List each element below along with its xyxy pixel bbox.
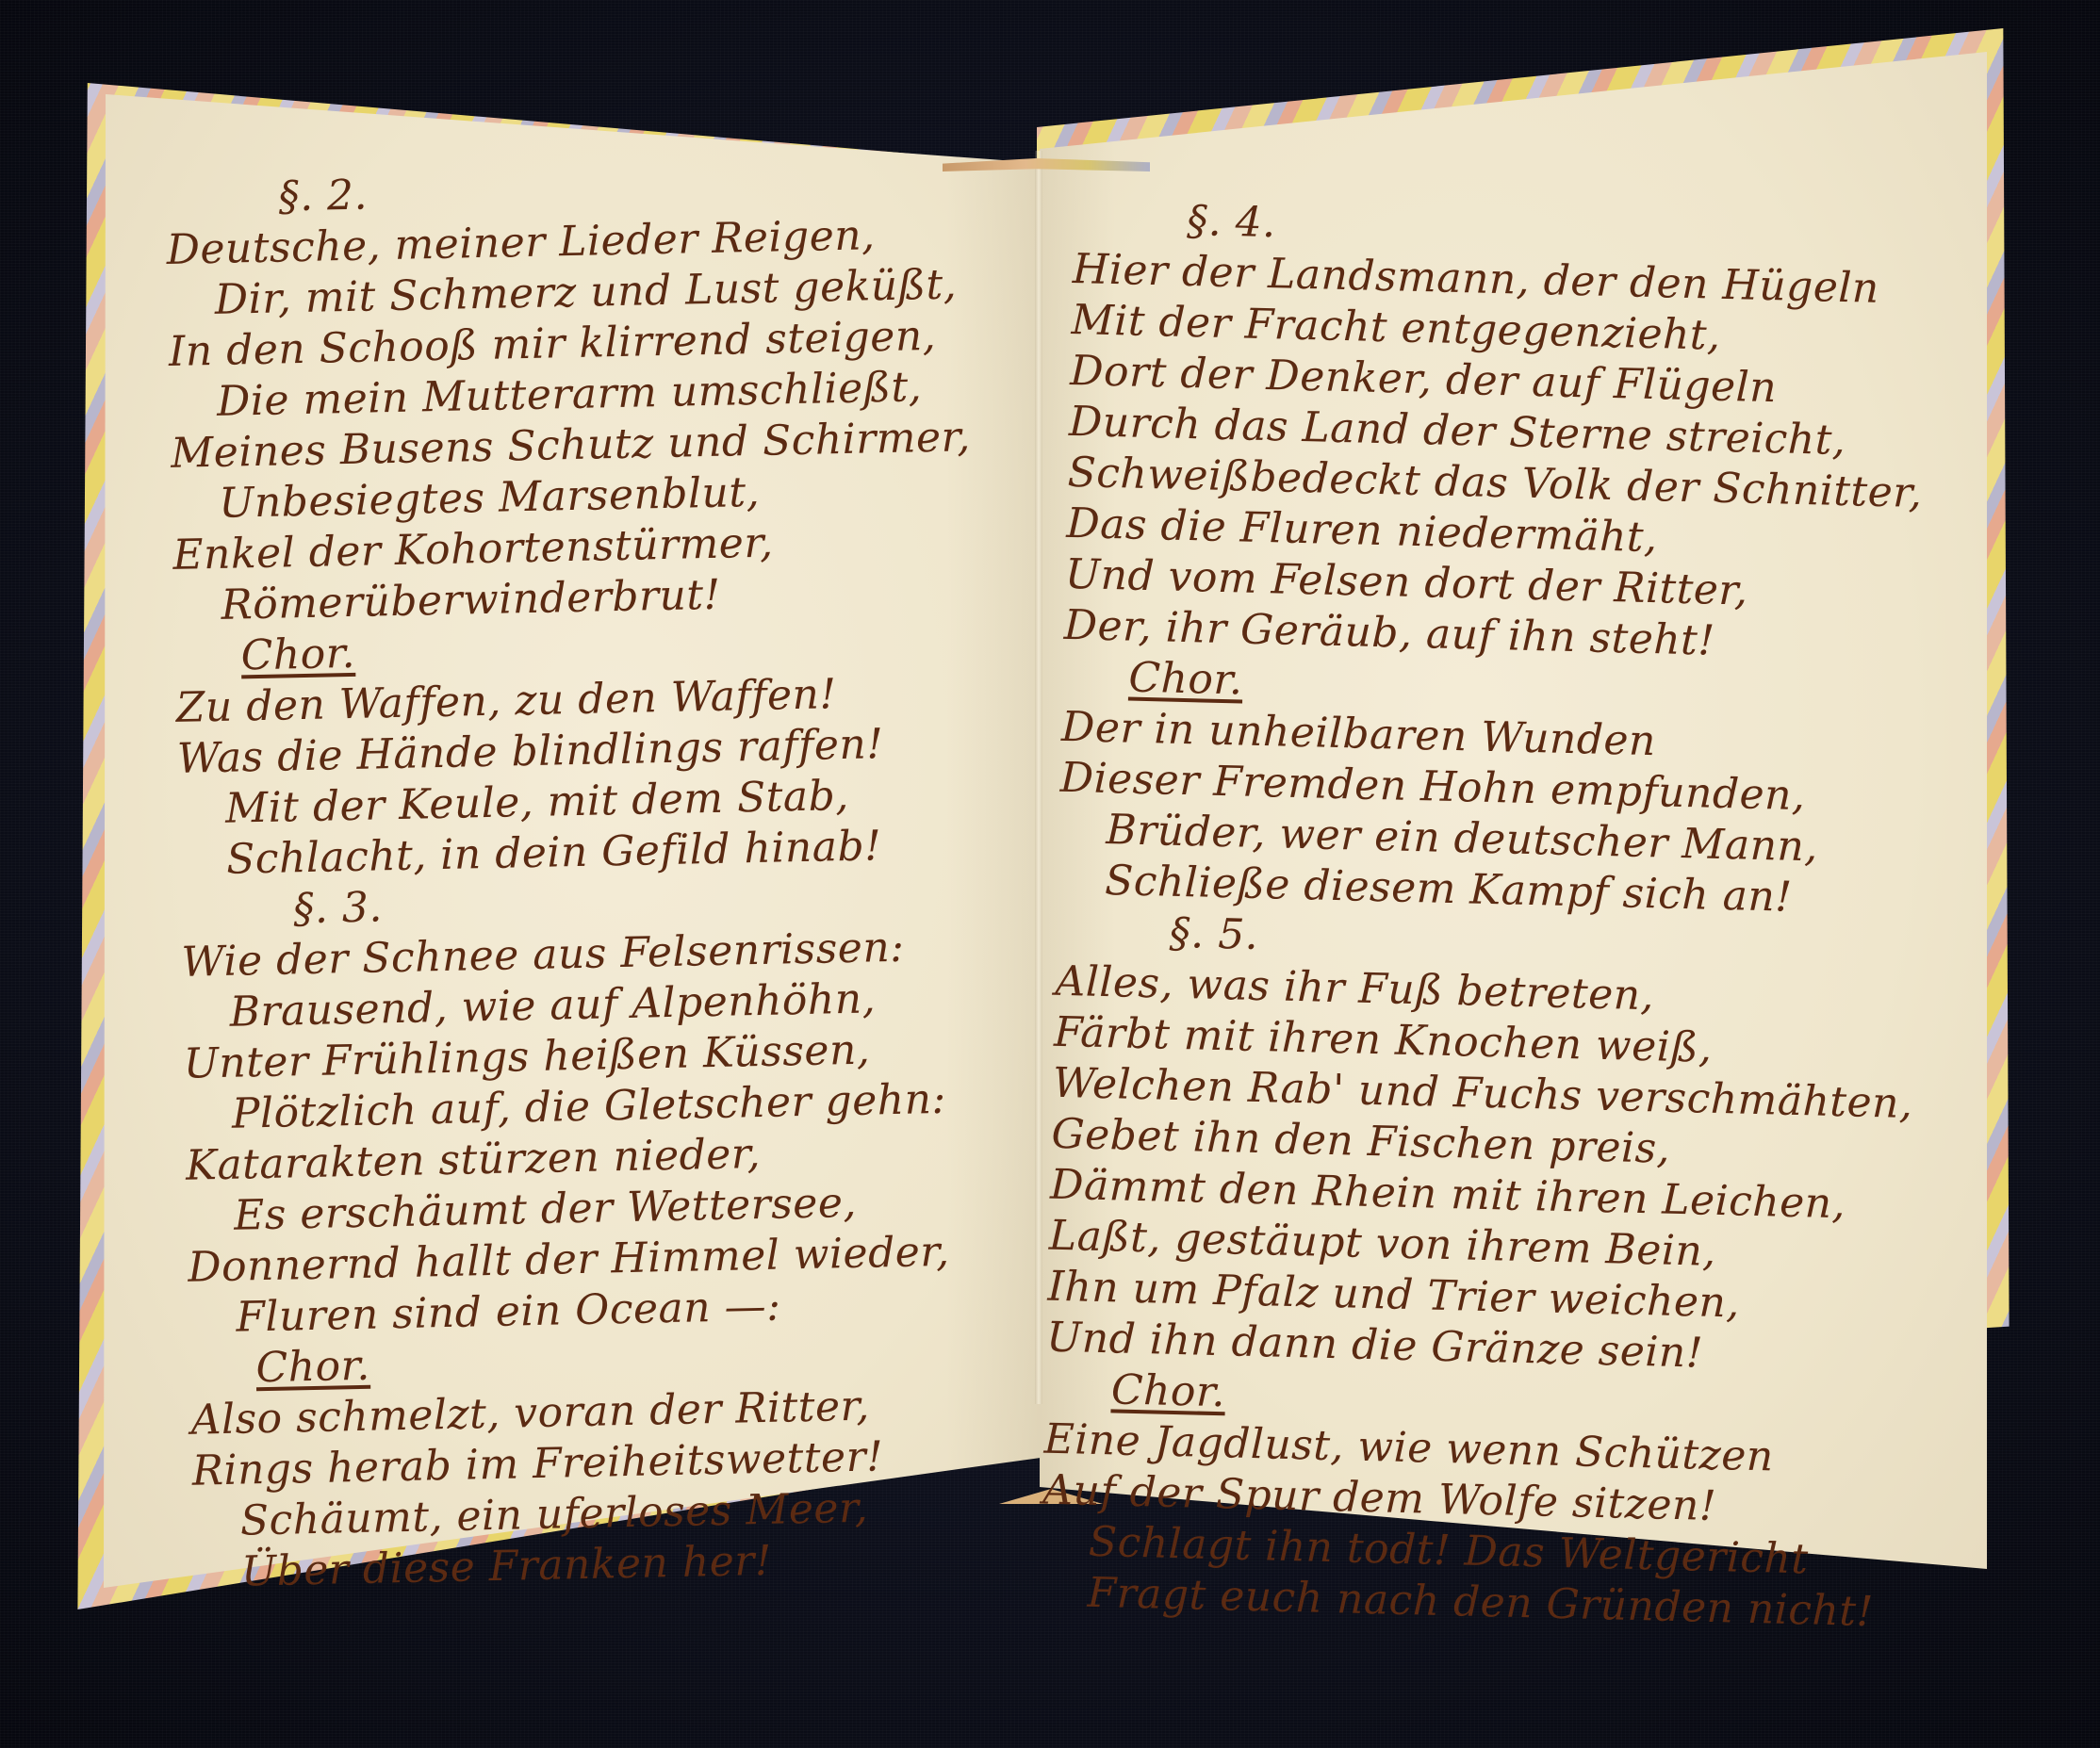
left-page-text: §. 2. Deutsche, meiner Lieder Reigen, Di… bbox=[165, 157, 994, 1598]
right-page-text: §. 4. Hier der Landsmann, der den Hügeln… bbox=[1040, 193, 1934, 1639]
open-book: §. 2. Deutsche, meiner Lieder Reigen, Di… bbox=[0, 0, 2100, 1748]
book-gutter bbox=[1035, 151, 1042, 1404]
